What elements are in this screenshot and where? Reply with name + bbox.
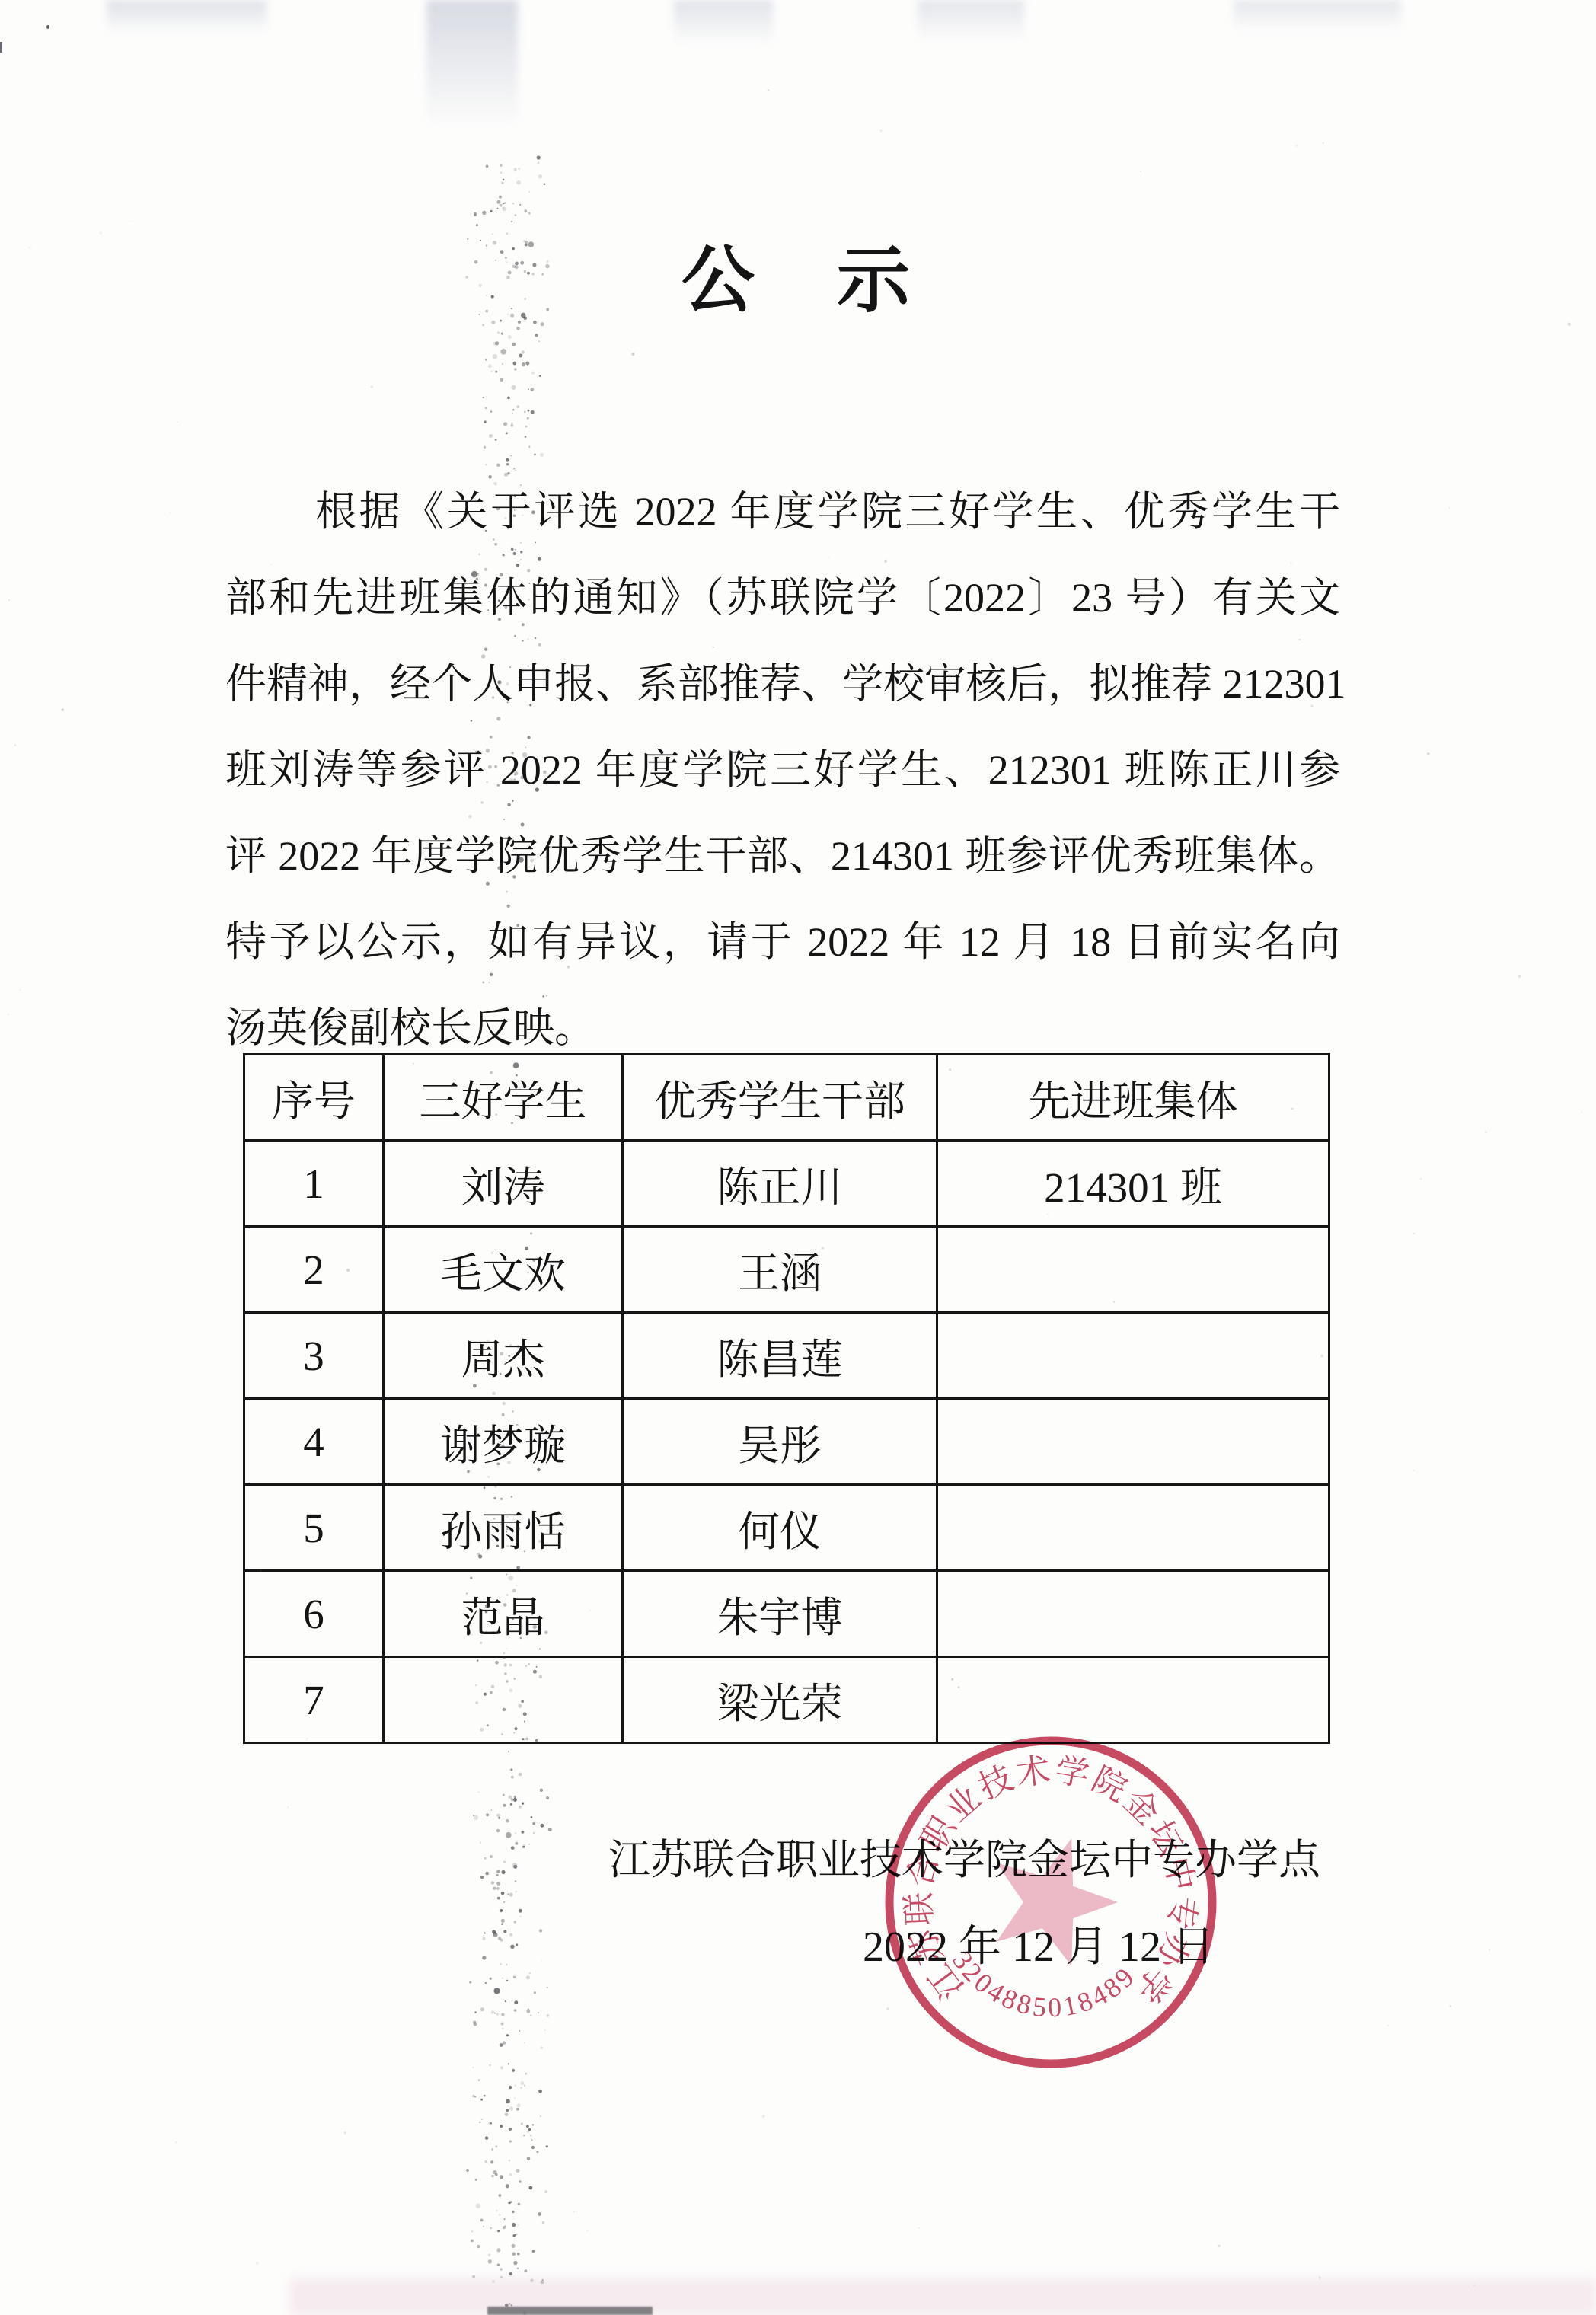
- seal-ring: [889, 1741, 1212, 2064]
- table-row: 4 谢梦璇 吴彤: [244, 1399, 1329, 1485]
- column-header: 三好学生: [384, 1055, 623, 1141]
- cell-merit-student: 刘涛: [384, 1141, 623, 1227]
- cell-class: [937, 1571, 1329, 1657]
- scan-smudge: [918, 0, 1024, 42]
- page-title: 公 示: [0, 222, 1596, 327]
- table-row: 7 梁光荣: [244, 1657, 1329, 1743]
- column-header: 优秀学生干部: [623, 1055, 937, 1141]
- body-paragraph: 根据《关于评选 2022 年度学院三好学生、优秀学生干 部和先进班集体的通知》（…: [225, 469, 1340, 1071]
- cell-cadre: 王涵: [623, 1227, 937, 1313]
- cell-index: 4: [244, 1399, 384, 1485]
- cell-index: 7: [244, 1657, 384, 1743]
- scan-edge-mark: [0, 42, 2, 53]
- cell-class: [937, 1227, 1329, 1313]
- cell-class: [937, 1485, 1329, 1571]
- cell-cadre: 何仪: [623, 1485, 937, 1571]
- award-table: 序号 三好学生 优秀学生干部 先进班集体 1 刘涛 陈正川 214301 班 2…: [243, 1053, 1330, 1744]
- signature-org: 江苏联合职业技术学院金坛中专办学点: [608, 1826, 1320, 1886]
- signature-date: 2022 年 12 月 12 日: [863, 1913, 1215, 1974]
- cell-class: [937, 1399, 1329, 1485]
- cell-cadre: 陈昌莲: [623, 1313, 937, 1399]
- column-header: 先进班集体: [937, 1055, 1329, 1141]
- cell-merit-student: [384, 1657, 623, 1743]
- scan-bottom-tint: [289, 2278, 1596, 2315]
- cell-index: 3: [244, 1313, 384, 1399]
- body-line: 班刘涛等参评 2022 年度学院三好学生、212301 班陈正川参: [225, 727, 1340, 813]
- cell-index: 5: [244, 1485, 384, 1571]
- cell-class: [937, 1313, 1329, 1399]
- body-line: 评 2022 年度学院优秀学生干部、214301 班参评优秀班集体。: [225, 813, 1340, 899]
- cell-cadre: 陈正川: [623, 1141, 937, 1227]
- cell-merit-student: 孙雨恬: [384, 1485, 623, 1571]
- table-row: 2 毛文欢 王涵: [244, 1227, 1329, 1313]
- table-row: 5 孙雨恬 何仪: [244, 1485, 1329, 1571]
- official-seal: 江苏联合职业技术学院金坛中专办学点 3204885018489: [868, 1719, 1234, 2085]
- cell-class: [937, 1657, 1329, 1743]
- scan-smudge: [426, 0, 518, 129]
- body-line: 根据《关于评选 2022 年度学院三好学生、优秀学生干: [225, 469, 1340, 555]
- cell-cadre: 吴彤: [623, 1399, 937, 1485]
- column-header: 序号: [244, 1055, 384, 1141]
- scan-speck: [46, 25, 49, 29]
- body-line: 特予以公示，如有异议，请于 2022 年 12 月 18 日前实名向: [225, 899, 1340, 985]
- cell-merit-student: 谢梦璇: [384, 1399, 623, 1485]
- table-row: 1 刘涛 陈正川 214301 班: [244, 1141, 1329, 1227]
- cell-merit-student: 毛文欢: [384, 1227, 623, 1313]
- scan-smudge: [107, 0, 267, 34]
- table-header-row: 序号 三好学生 优秀学生干部 先进班集体: [244, 1055, 1329, 1141]
- body-line: 部和先进班集体的通知》（苏联院学〔2022〕23 号）有关文: [225, 555, 1340, 641]
- body-line: 件精神，经个人申报、系部推荐、学校审核后，拟推荐 212301: [225, 641, 1340, 727]
- table-row: 3 周杰 陈昌莲: [244, 1313, 1329, 1399]
- cell-index: 6: [244, 1571, 384, 1657]
- scan-smudge: [674, 0, 773, 46]
- scanned-announcement-page: 公 示 根据《关于评选 2022 年度学院三好学生、优秀学生干 部和先进班集体的…: [0, 0, 1596, 2315]
- cell-cadre: 朱宇博: [623, 1571, 937, 1657]
- cell-class: 214301 班: [937, 1141, 1329, 1227]
- cell-index: 1: [244, 1141, 384, 1227]
- cell-merit-student: 周杰: [384, 1313, 623, 1399]
- cell-merit-student: 范晶: [384, 1571, 623, 1657]
- cell-cadre: 梁光荣: [623, 1657, 937, 1743]
- cell-index: 2: [244, 1227, 384, 1313]
- table-row: 6 范晶 朱宇博: [244, 1571, 1329, 1657]
- scan-smudge: [1234, 0, 1401, 32]
- scan-bottom-streak: [487, 2307, 653, 2315]
